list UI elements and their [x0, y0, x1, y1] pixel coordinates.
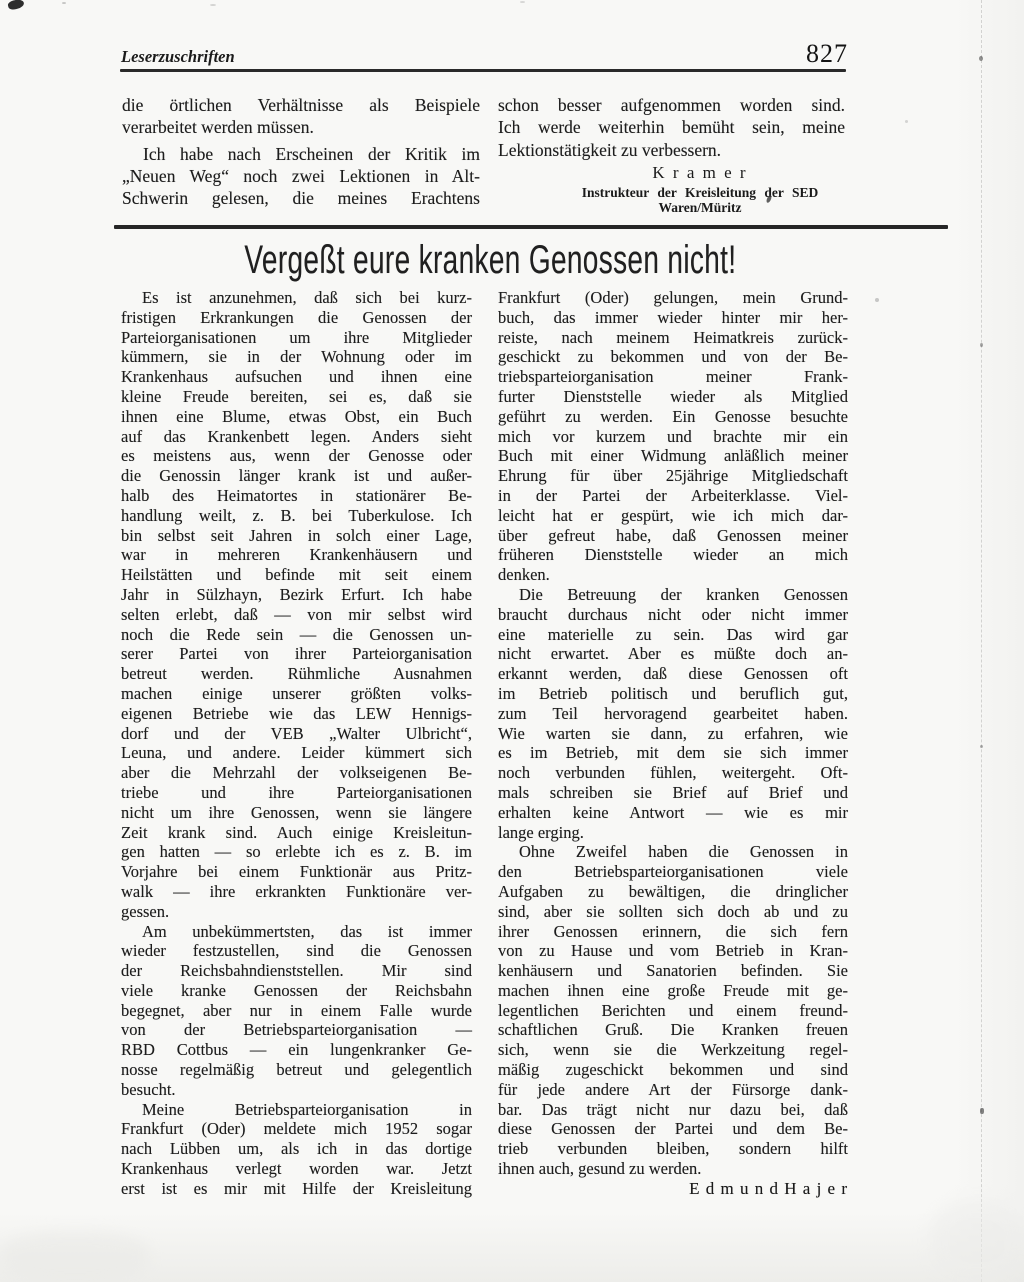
scan-speck: [520, 1, 525, 3]
section-label: Leserzuschriften: [121, 47, 235, 67]
text-line: Ohne Zweifel haben die Genossen in: [498, 842, 848, 862]
text-line: die Genossin länger krank ist und außer-: [121, 466, 472, 486]
text-line: Es ist anzunehmen, daß sich bei kurz-: [121, 288, 472, 308]
text-line: nach Lübben um, als ich in das dortige: [121, 1139, 472, 1159]
text-line: die örtlichen Verhältnisse als Beispiele: [122, 94, 480, 116]
text-line: erst ist es mir mit Hilfe der Kreisleitu…: [121, 1179, 472, 1199]
text-line: diese Genossen der Partei und dem Be-: [498, 1119, 848, 1139]
text-line: eine materielle zu sein. Das wird gar: [498, 625, 848, 645]
scan-speck: [210, 4, 216, 6]
text-line: Die Betreuung der kranken Genossen: [498, 585, 848, 605]
text-line: buch, das immer wieder hinter mir her-: [498, 308, 848, 328]
text-line: für jede andere Art der Fürsorge dank-: [498, 1080, 848, 1100]
main-article-right-lines: Frankfurt (Oder) gelungen, mein Grund-bu…: [498, 288, 848, 1179]
text-line: trieb verbunden bleiben, sondern hilft: [498, 1139, 848, 1159]
text-line: wieder festzustellen, sind die Genossen: [121, 941, 472, 961]
text-line: kleine Freude bereiten, sei es, daß sie: [121, 387, 472, 407]
text-line: furter Dienststelle wieder als Mitglied: [498, 387, 848, 407]
main-article-right-column: Frankfurt (Oder) gelungen, mein Grund-bu…: [498, 288, 848, 1199]
scan-speck: [875, 298, 879, 302]
signature-location: Waren/Müritz: [555, 200, 845, 215]
text-line: auf das Krankenbett legen. Anders sieht: [121, 427, 472, 447]
text-line: Krankenhaus verlegt worden war. Jetzt: [121, 1159, 472, 1179]
text-line: walk — ihre erkrankten Funktionäre ver-: [121, 882, 472, 902]
text-line: reiste, nach meinem Heimatkreis zurück-: [498, 328, 848, 348]
text-line: geschickt zu bekommen und von der Be-: [498, 347, 848, 367]
scan-speck: [62, 2, 66, 4]
text-line: eigenen Betriebe wie das LEW Hennigs-: [121, 704, 472, 724]
text-line: selten erlebt, daß — von mir selbst wird: [121, 605, 472, 625]
text-line: Zeit krank sind. Auch einige Kreisleitun…: [121, 823, 472, 843]
text-line: RBD Cottbus — ein lungenkranker Ge-: [121, 1040, 472, 1060]
text-line: zum Teil hervoragend gearbeitet haben.: [498, 704, 848, 724]
text-line: bar. Das trägt nicht nur dazu bei, daß: [498, 1100, 848, 1120]
scan-speck: [980, 343, 983, 347]
text-line: kümmern, sie in der Wohnung oder im: [121, 347, 472, 367]
text-line: ihnen eine Blume, etwas Obst, ein Buch: [121, 407, 472, 427]
scan-shadow-bottom: [0, 1212, 1024, 1282]
text-line: Ehrung für über 25jährige Mitgliedschaft: [498, 466, 848, 486]
scan-shadow-patch: [930, 1200, 1024, 1282]
text-line: Frankfurt (Oder) meldete mich 1952 sogar: [121, 1119, 472, 1139]
author-signature: E d m u n d H a j e r: [498, 1179, 848, 1199]
text-line: denken.: [498, 565, 848, 585]
text-line: machen ihnen eine große Freude mit ge-: [498, 981, 848, 1001]
text-line: Krankenhaus aufsuchen und ihnen eine: [121, 367, 472, 387]
text-line: handlung weilt, z. B. bei Tuberkulose. I…: [121, 506, 472, 526]
text-line: „Neuen Weg“ noch zwei Lektionen in Alt-: [122, 165, 480, 187]
text-line: triebe und ihre Parteiorganisationen: [121, 783, 472, 803]
text-line: in der Partei der Arbeiterklasse. Viel-: [498, 486, 848, 506]
text-line: viele kranke Genossen der Reichsbahn: [121, 981, 472, 1001]
text-line: von der Betriebsparteiorganisation —: [121, 1020, 472, 1040]
text-line: den Betriebsparteiorganisationen viele: [498, 862, 848, 882]
text-line: Leuna, und andere. Leider kümmert sich: [121, 743, 472, 763]
text-line: Wie warten sie dann, zu erfahren, wie: [498, 724, 848, 744]
scan-speck: [980, 745, 983, 748]
text-line: schaftlichen Gruß. Die Kranken freuen: [498, 1020, 848, 1040]
scan-shadow-patch: [0, 1232, 150, 1282]
scanned-magazine-page: Leserzuschriften 827 die örtlichen Verhä…: [0, 0, 1024, 1282]
article-title-wrap: Vergeßt eure kranken Genossen nicht!: [120, 238, 860, 290]
text-line: Ich habe nach Erscheinen der Kritik im: [122, 143, 480, 165]
text-line: war in mehreren Krankenhäusern und: [121, 545, 472, 565]
text-line: leicht hat er gespürt, wie ich mich dar-: [498, 506, 848, 526]
text-line: verarbeitet werden müssen.: [122, 116, 480, 138]
signature-role: Instrukteur der Kreisleitung der SED: [555, 185, 845, 200]
text-line: mäßig zugeschickt bekommen und sind: [498, 1060, 848, 1080]
text-line: sind, aber sie sollten sich doch ab und …: [498, 902, 848, 922]
text-line: im Betrieb politisch und beruflich gut,: [498, 684, 848, 704]
text-line: es meistens aus, wenn der Genosse oder: [121, 446, 472, 466]
text-line: machen einige unserer größten volks-: [121, 684, 472, 704]
text-line: über gefreut habe, daß Genossen meiner: [498, 526, 848, 546]
scan-speck: [980, 1108, 984, 1114]
text-line: schon besser aufgenommen worden sind.: [498, 94, 845, 116]
text-line: halb des Heimatortes in stationärer Be-: [121, 486, 472, 506]
text-line: bin selbst seit Jahren in solch einer La…: [121, 526, 472, 546]
text-line: braucht durchaus nicht oder nicht immer: [498, 605, 848, 625]
text-line: Heilstätten und befinde mit seit einem: [121, 565, 472, 585]
text-line: besucht.: [121, 1080, 472, 1100]
text-line: Am unbekümmertsten, das ist immer: [121, 922, 472, 942]
text-line: Buch mit einer Widmung anläßlich meiner: [498, 446, 848, 466]
text-line: betreut werden. Rühmliche Ausnahmen: [121, 664, 472, 684]
text-line: erkannt werden, daß diese Genossen oft: [498, 664, 848, 684]
text-line: fristigen Erkrankungen die Genossen der: [121, 308, 472, 328]
signature-name: K r a m e r: [555, 163, 845, 183]
text-line: Vorjahre bei einem Funktionär aus Pritz-: [121, 862, 472, 882]
text-line: Meine Betriebsparteiorganisation in: [121, 1100, 472, 1120]
text-line: gen hatten — so erlebte ich es z. B. im: [121, 842, 472, 862]
text-line: es im Betrieb, mit dem sie sich immer: [498, 743, 848, 763]
text-line: Aufgaben zu bewältigen, die dringlicher: [498, 882, 848, 902]
text-line: ihrer Genossen erinnern, die sich fern: [498, 922, 848, 942]
text-line: mals schreiben sie Brief auf Brief und: [498, 783, 848, 803]
text-line: ihnen auch, gesund zu werden.: [498, 1159, 848, 1179]
text-line: dorf und der VEB „Walter Ulbricht“,: [121, 724, 472, 744]
page-fold-line: [981, 0, 982, 1282]
signature-block: K r a m e r Instrukteur der Kreisleitung…: [498, 163, 845, 215]
text-line: Jahr in Sülzhayn, Bezirk Erfurt. Ich hab…: [121, 585, 472, 605]
text-line: der Reichsbahndienststellen. Mir sind: [121, 961, 472, 981]
text-line: legentlichen Berichten und einem freund-: [498, 1001, 848, 1021]
section-divider-rule: [114, 225, 948, 229]
text-line: noch die Rede sein — die Genossen un-: [121, 625, 472, 645]
text-line: von zu Hause und vom Betrieb in Kran-: [498, 941, 848, 961]
scan-speck: [979, 56, 983, 61]
top-article-right-column: schon besser aufgenommen worden sind.Ich…: [498, 94, 845, 215]
text-line: serer Partei von ihrer Parteiorganisatio…: [121, 644, 472, 664]
text-line: nicht um ihre Genossen, wenn sie längere: [121, 803, 472, 823]
text-line: Frankfurt (Oder) gelungen, mein Grund-: [498, 288, 848, 308]
text-line: Lektionstätigkeit zu verbessern.: [498, 139, 845, 161]
text-line: Ich werde weiterhin bemüht sein, meine: [498, 116, 845, 138]
text-line: begegnet, aber nur in einem Falle wurde: [121, 1001, 472, 1021]
text-line: triebsparteiorganisation meiner Frank-: [498, 367, 848, 387]
text-line: Schwerin gelesen, die meines Erachtens: [122, 187, 480, 209]
page-number: 827: [806, 39, 846, 69]
text-line: Parteiorganisationen um ihre Mitglieder: [121, 328, 472, 348]
text-line: kenhäusern und Sanatorien befinden. Sie: [498, 961, 848, 981]
text-line: aber die Mehrzahl der volkseigenen Be-: [121, 763, 472, 783]
text-line: gessen.: [121, 902, 472, 922]
main-article-left-column: Es ist anzunehmen, daß sich bei kurz-fri…: [121, 288, 472, 1199]
scan-speck: [905, 120, 908, 123]
text-line: noch verbunden fühlen, weitergeht. Oft-: [498, 763, 848, 783]
header-rule: [120, 69, 846, 72]
text-line: geführt zu werden. Ein Genosse besuchte: [498, 407, 848, 427]
text-line: nicht erwartet. Aber es müßte doch an-: [498, 644, 848, 664]
text-line: nosse regelmäßig betreut und gelegentlic…: [121, 1060, 472, 1080]
top-article-left-column: die örtlichen Verhältnisse als Beispiele…: [122, 94, 480, 209]
article-title: Vergeßt eure kranken Genossen nicht!: [244, 238, 736, 283]
text-line: lange erging.: [498, 823, 848, 843]
text-line: mich vor kurzem und brachte mir ein: [498, 427, 848, 447]
text-line: sich, wenn sie die Werkzeitung regel-: [498, 1040, 848, 1060]
top-article-right-lines: schon besser aufgenommen worden sind.Ich…: [498, 94, 845, 161]
ink-blob-top-left: [7, 0, 25, 11]
text-line: früheren Dienststelle wieder an mich: [498, 545, 848, 565]
text-line: erhalten keine Antwort — wie es mir: [498, 803, 848, 823]
